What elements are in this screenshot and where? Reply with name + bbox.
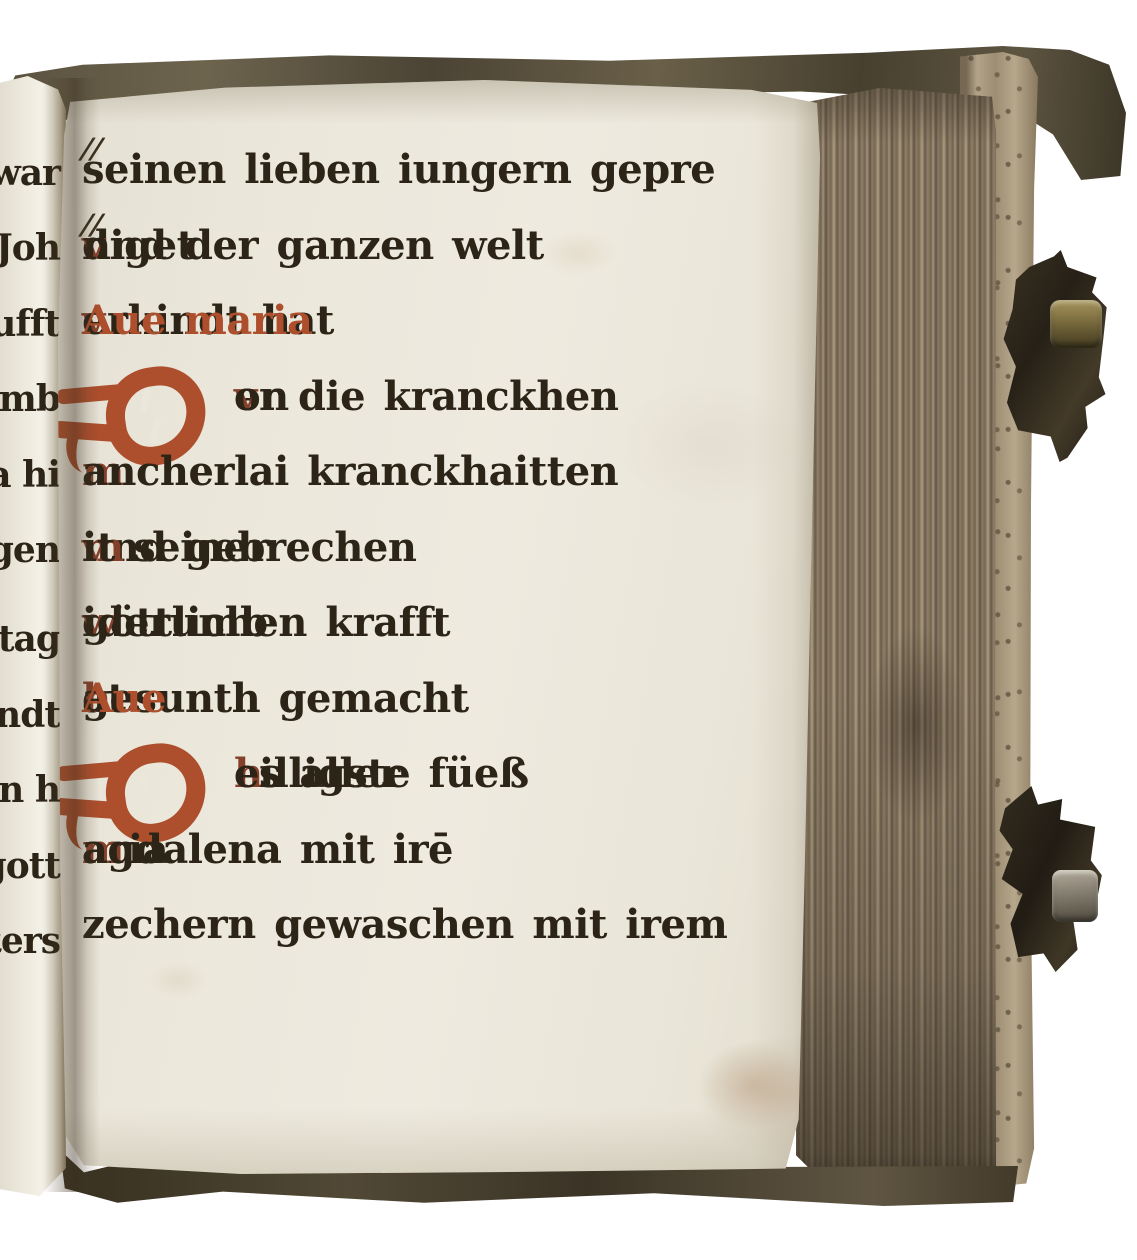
left-page-strip: n warn hs: Johaufftar lambas da hiangent…: [0, 76, 66, 1196]
manuscript-line: verkindt hat Aue maria: [82, 293, 794, 369]
manuscript-line: es aller heilligste füeß: [82, 746, 794, 822]
manuscript-line: seinen lieben iungern gepre//: [82, 142, 794, 218]
text-segment: iderumb: [82, 599, 268, 646]
text-segment: seinen lieben iungern gepre: [82, 146, 715, 193]
text-segment: eilligste füeß: [234, 750, 529, 797]
text-segment: Aue: [82, 675, 166, 722]
text-segment: it seiner: [82, 524, 269, 571]
left-page-line-fragment: unden h: [0, 769, 60, 811]
clasp-brass-buckle: [1052, 870, 1098, 922]
text-segment: agdalena mit irē: [82, 826, 453, 873]
left-page-line-fragment: as da hi: [0, 454, 60, 496]
manuscript-line: maria magdalena mit irē: [82, 822, 794, 898]
manuscript-line: zechern gewaschen mit irem: [82, 897, 794, 973]
manuscript-page: seinen lieben iungern gepre////diget vnn…: [58, 80, 820, 1174]
left-page-line-fragment: n hs: Joh: [0, 227, 60, 269]
text-segment: nnd der ganzen welt: [82, 222, 544, 269]
manuscript-line: er die kranckhen von: [82, 369, 794, 445]
left-page-line-fragment: angen: [0, 529, 60, 571]
left-page-line-fragment: aufft: [0, 303, 60, 345]
text-segment: Aue maria: [82, 297, 312, 344]
left-page-line-fragment: denfeindt: [0, 694, 60, 736]
manuscript-line: //diget vnnd der ganzen welt: [82, 218, 794, 294]
text-segment: zechern gewaschen mit irem: [82, 901, 727, 948]
manuscript-text-block: seinen lieben iungern gepre////diget vnn…: [82, 142, 794, 982]
manuscript-line: gesunth gemacht hat Aue: [82, 671, 794, 747]
clasp-top: [998, 250, 1110, 462]
manuscript-line: göttlichen krafft widerumb: [82, 595, 794, 671]
manuscript-line: mancherlai kranckhaitten: [82, 444, 794, 520]
left-page-line-fragment: n war: [0, 152, 60, 194]
manuscript-line: vnnd gebrechen mit seiner: [82, 520, 794, 596]
left-page-line-fragment: vatters: [0, 920, 60, 962]
left-page-line-fragment: ich gott: [0, 845, 60, 887]
text-segment: er die kranckhen: [234, 373, 618, 420]
left-page-line-fragment: ar lamb: [0, 378, 60, 420]
text-segment: on: [234, 373, 289, 420]
manuscript-book-photo: n warn hs: Johaufftar lambas da hiangent…: [0, 0, 1137, 1260]
text-segment: ancherlai kranckhaitten: [82, 448, 618, 495]
clasp-bottom: [994, 786, 1104, 972]
page-stain: [698, 1040, 808, 1130]
clasp-leather-strap: [998, 250, 1110, 462]
clasp-brass-roller: [1050, 300, 1102, 348]
left-page-line-fragment: t tag: [0, 618, 60, 660]
textblock-fore-edge: [796, 88, 996, 1186]
